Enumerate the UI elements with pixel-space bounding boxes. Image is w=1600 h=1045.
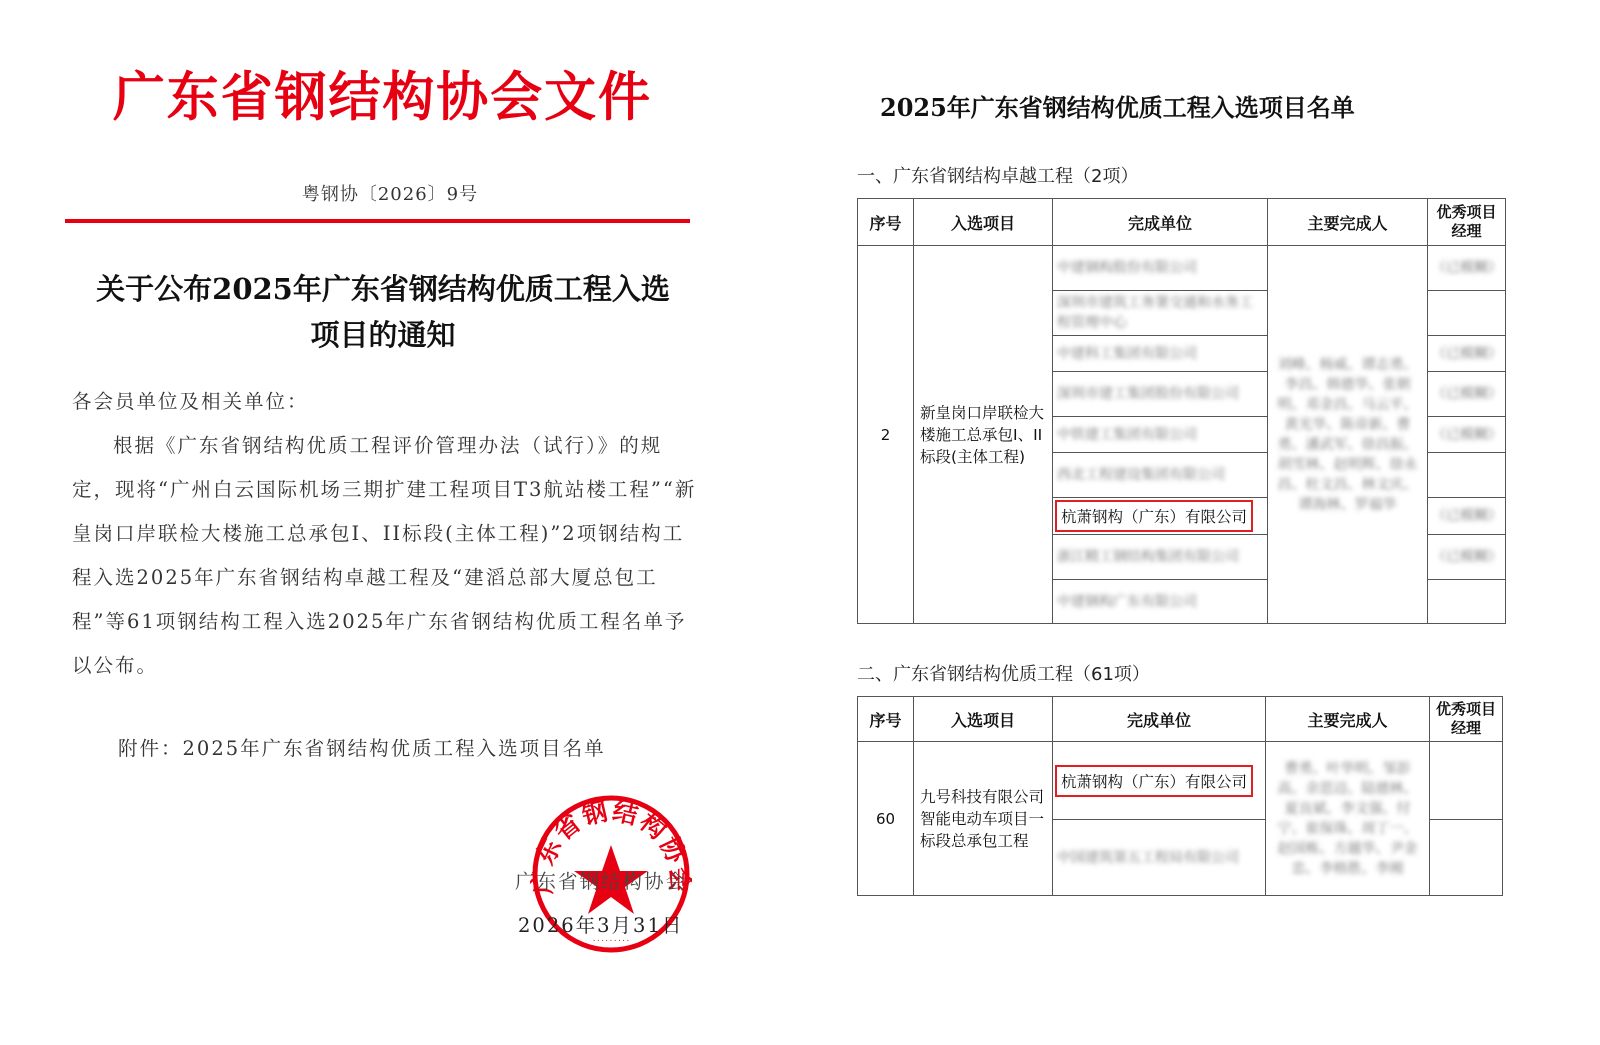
col-header-project: 入选项目 xyxy=(914,697,1053,742)
notice-body: 各会员单位及相关单位： 根据《广东省钢结构优质工程评价管理办法（试行）》的规定，… xyxy=(72,380,702,688)
blurred-unit: 中建钢构股份有限公司 xyxy=(1057,258,1197,278)
unit-cell: 中建钢构股份有限公司 xyxy=(1053,246,1268,291)
col-header-project: 入选项目 xyxy=(914,199,1053,246)
notice-title: 关于公布2025年广东省钢结构优质工程入选 项目的通知 xyxy=(66,266,700,358)
attachment-line: 附件：2025年广东省钢结构优质工程入选项目名单 xyxy=(118,733,606,761)
people-cell: 曹勇、叶华明、邹彭高、余思迈、陆德林、夏良斌、李文强、付宁、崔保珠、周丁一、赵国… xyxy=(1266,742,1430,896)
unit-cell: 中铁建工集团有限公司 xyxy=(1053,417,1268,453)
notice-title-line2: 项目的通知 xyxy=(66,312,700,358)
col-header-unit: 完成单位 xyxy=(1053,697,1266,742)
table-row-highlighted: 60 九号科技有限公司智能电动车项目一标段总承包工程 杭萧钢构（广东）有限公司 … xyxy=(858,742,1503,820)
col-header-manager: 优秀项目经理 xyxy=(1428,199,1506,246)
unit-cell: 西北工程建设集团有限公司 xyxy=(1053,453,1268,498)
unit-cell: 杭萧钢构（广东）有限公司 xyxy=(1053,498,1268,535)
manager-cell: （已模糊） xyxy=(1428,498,1506,535)
document-number: 粤钢协〔2026〕9号 xyxy=(60,180,720,206)
row-number: 2 xyxy=(858,246,914,624)
unit-cell: 中国建筑第五工程局有限公司 xyxy=(1053,820,1266,896)
body-paragraph: 根据《广东省钢结构优质工程评价管理办法（试行）》的规定，现将“广州白云国际机场三… xyxy=(72,424,702,688)
col-header-people: 主要完成人 xyxy=(1266,697,1430,742)
header-divider xyxy=(65,219,690,223)
unit-cell: 深圳市建筑工务署交通和水务工程管理中心 xyxy=(1053,291,1268,336)
manager-cell: （已模糊） xyxy=(1428,417,1506,453)
table-header-row: 序号 入选项目 完成单位 主要完成人 优秀项目经理 xyxy=(858,697,1503,742)
blurred-people: 曹勇、叶华明、邹彭高、余思迈、陆德林、夏良斌、李文强、付宁、崔保珠、周丁一、赵国… xyxy=(1274,759,1422,879)
notice-title-line1: 关于公布2025年广东省钢结构优质工程入选 xyxy=(66,266,700,312)
signature-date: 2026年3月31日 xyxy=(518,910,683,938)
signature-org: 广东省钢结构协会 xyxy=(515,866,687,894)
manager-cell xyxy=(1428,453,1506,498)
unit-cell: 杭萧钢构（广东）有限公司 xyxy=(1053,742,1266,820)
unit-cell: 中建钢构广东有限公司 xyxy=(1053,580,1268,624)
excellent-projects-table: 序号 入选项目 完成单位 主要完成人 优秀项目经理 2 新皇岗口岸联检大楼施工总… xyxy=(857,198,1506,624)
project-name: 新皇岗口岸联检大楼施工总承包I、II标段(主体工程) xyxy=(914,246,1053,624)
manager-cell: （已模糊） xyxy=(1428,372,1506,417)
blurred-people: 刘峰、杨威、谭志勇、李昌、韩德华、张朝明、邓金昌、马云平、黄光华、陈帝新、曹勇、… xyxy=(1278,355,1418,515)
unit-cell: 中建科工集团有限公司 xyxy=(1053,336,1268,372)
manager-cell xyxy=(1430,742,1503,820)
manager-cell xyxy=(1428,291,1506,336)
unit-cell: 深圳市建工集团股份有限公司 xyxy=(1053,372,1268,417)
highlighted-company: 杭萧钢构（广东）有限公司 xyxy=(1055,500,1253,532)
section1-heading: 一、广东省钢结构卓越工程（2项） xyxy=(857,162,1138,188)
section2-heading: 二、广东省钢结构优质工程（61项） xyxy=(857,660,1150,686)
document-header: 广东省钢结构协会文件 xyxy=(108,62,657,132)
manager-cell xyxy=(1430,820,1503,896)
table-row: 2 新皇岗口岸联检大楼施工总承包I、II标段(主体工程) 中建钢构股份有限公司 … xyxy=(858,246,1506,291)
project-name: 九号科技有限公司智能电动车项目一标段总承包工程 xyxy=(914,742,1053,896)
people-cell: 刘峰、杨威、谭志勇、李昌、韩德华、张朝明、邓金昌、马云平、黄光华、陈帝新、曹勇、… xyxy=(1268,246,1428,624)
list-title: 2025年广东省钢结构优质工程入选项目名单 xyxy=(880,88,1480,123)
highlighted-company: 杭萧钢构（广东）有限公司 xyxy=(1055,765,1253,797)
quality-projects-table: 序号 入选项目 完成单位 主要完成人 优秀项目经理 60 九号科技有限公司智能电… xyxy=(857,696,1503,896)
svg-text:·········: ········· xyxy=(592,937,630,945)
notice-page: 广东省钢结构协会文件 粤钢协〔2026〕9号 关于公布2025年广东省钢结构优质… xyxy=(0,0,780,1045)
table-header-row: 序号 入选项目 完成单位 主要完成人 优秀项目经理 xyxy=(858,199,1506,246)
row-number: 60 xyxy=(858,742,914,896)
salutation: 各会员单位及相关单位： xyxy=(72,380,702,424)
col-header-no: 序号 xyxy=(858,199,914,246)
manager-cell xyxy=(1428,580,1506,624)
col-header-people: 主要完成人 xyxy=(1268,199,1428,246)
col-header-no: 序号 xyxy=(858,697,914,742)
unit-cell: 浙江精工钢结构集团有限公司 xyxy=(1053,535,1268,580)
manager-cell: （已模糊） xyxy=(1428,246,1506,291)
col-header-manager: 优秀项目经理 xyxy=(1430,697,1503,742)
manager-cell: （已模糊） xyxy=(1428,535,1506,580)
manager-cell: （已模糊） xyxy=(1428,336,1506,372)
col-header-unit: 完成单位 xyxy=(1053,199,1268,246)
attachment-page: 2025年广东省钢结构优质工程入选项目名单 一、广东省钢结构卓越工程（2项） 序… xyxy=(820,0,1600,1045)
